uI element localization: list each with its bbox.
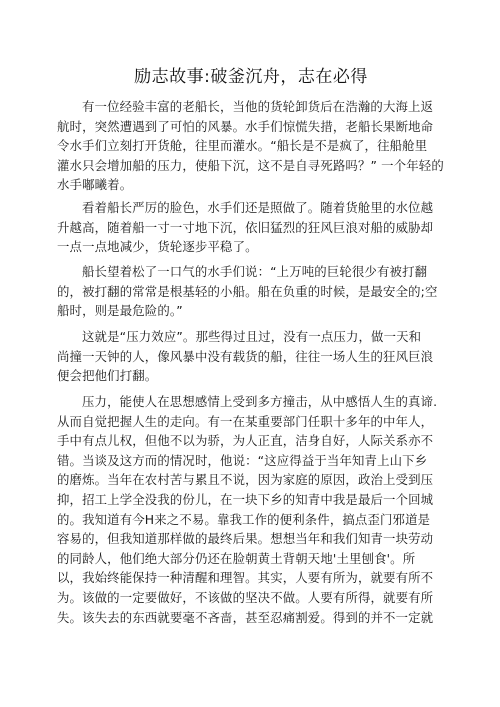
- text-line: 升越高，随着船一寸一寸地下沉，依旧猛烈的狂风巨浪对船的威胁却: [57, 218, 445, 238]
- paragraph-1: 有一位经验丰富的老船长，当他的货轮卸货后在浩瀚的大海上返 航时，突然遭遇到了可怕…: [57, 97, 445, 195]
- text-line: 压力，能使人在思想感情上受到多方撞击，从中感悟人生的真谛.: [57, 392, 445, 412]
- paragraph-3: 船长望着松了一口气的水手们说：“上万吨的巨轮很少有被打翻 的，被打翻的常常是根基…: [57, 262, 445, 321]
- text-line: 失。该失去的东西就要毫不吝啬，甚至忍痛割爱。得到的并不一定就: [57, 608, 445, 628]
- document-title: 励志故事:破釜沉舟，志在必得: [57, 62, 445, 87]
- text-line: 以，我始终能保持一种清醒和理智。其实，人要有所为，就要有所不: [57, 568, 445, 588]
- text-line: 有一位经验丰富的老船长，当他的货轮卸货后在浩瀚的大海上返: [57, 97, 445, 117]
- text-line: 水手嘟曦着。: [57, 175, 445, 195]
- text-line: 看着船长严厉的脸色，水手们还是照做了。随着货舱里的水位越: [57, 198, 445, 218]
- paragraph-4: 这就是“压力效应”。那些得过且过，没有一点压力，做一天和 尚撞一天钟的人，像风暴…: [57, 327, 445, 386]
- text-line: 抑，招工上学全没我的份儿，在一块下乡的知青中我是最后一个回城: [57, 490, 445, 510]
- text-line: 从而自觉把握人生的走向。有一在某重要部门任职十多年的中年人，: [57, 412, 445, 432]
- text-line: 灌水只会增加船的压力，使船下沉，这不是自寻死路吗？” 一个年轻的: [57, 156, 445, 176]
- text-line: 的同龄人，他们绝大部分仍还在脸朝黄土背朝天地'土里刨食'。所: [57, 549, 445, 569]
- text-line: 手中有点儿权，但他不以为骄，为人正直，洁身自好，人际关系亦不: [57, 431, 445, 451]
- text-line: 一点一点地减少，货轮逐步平稳了。: [57, 237, 445, 257]
- text-line: 错。当谈及这方而的情况时，他说：“这应得益于当年知青上山下乡: [57, 451, 445, 471]
- text-line: 为。该做的一定要做好，不该做的坚决不做。人要有所得，就要有所: [57, 588, 445, 608]
- paragraph-5: 压力，能使人在思想感情上受到多方撞击，从中感悟人生的真谛. 从而自觉把握人生的走…: [57, 392, 445, 627]
- text-line: 的，被打翻的常常是根基轻的小船。船在负重的时候，是最安全的;空: [57, 282, 445, 302]
- text-line: 船时，则是最危险的。”: [57, 301, 445, 321]
- text-line: 令水手们立刻打开货舱，往里而灌水。“船长是不是疯了，往船舱里: [57, 136, 445, 156]
- text-line: 便会把他们打翻。: [57, 366, 445, 386]
- text-line: 这就是“压力效应”。那些得过且过，没有一点压力，做一天和: [57, 327, 445, 347]
- text-line: 容易的，但我知道那样做的最终后果。想想当年和我们知青一块劳动: [57, 529, 445, 549]
- text-line: 船长望着松了一口气的水手们说：“上万吨的巨轮很少有被打翻: [57, 262, 445, 282]
- text-line: 尚撞一天钟的人，像风暴中没有载货的船，往往一场人生的狂风巨浪: [57, 347, 445, 367]
- text-line: 航时，突然遭遇到了可怕的风暴。水手们惊慌失措，老船长果断地命: [57, 117, 445, 137]
- text-line: 的。我知道有今H来之不易。靠我工作的便利条件，搞点歪门邪道是: [57, 510, 445, 530]
- text-line: 的磨炼。当年在农村苦与累且不说，因为家庭的原因，政治上受到压: [57, 470, 445, 490]
- paragraph-2: 看着船长严厉的脸色，水手们还是照做了。随着货舱里的水位越 升越高，随着船一寸一寸…: [57, 198, 445, 257]
